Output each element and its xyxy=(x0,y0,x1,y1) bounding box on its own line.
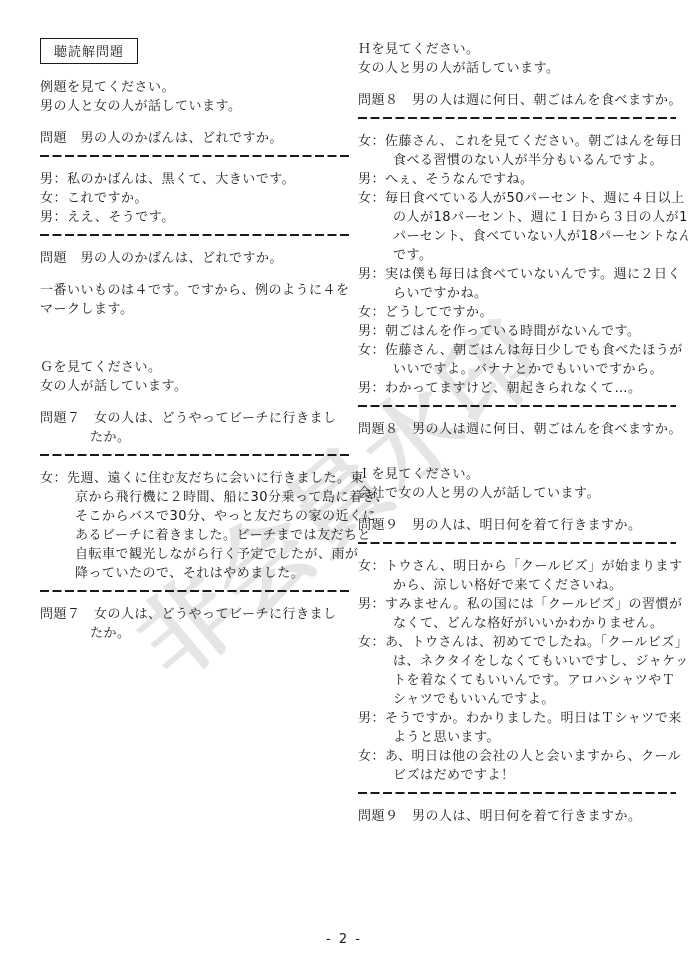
text-line: 降っていたので、それはやめました。 xyxy=(40,564,352,583)
text-line: らいですかね。 xyxy=(358,284,676,303)
question-line: 問題９ 男の人は、明日何を着て行きますか。 xyxy=(358,807,676,826)
blank-line xyxy=(358,503,676,516)
page-number: - 2 - xyxy=(0,932,688,947)
text-line: 会社で女の人と男の人が話しています。 xyxy=(358,484,676,503)
text-line: 食べる習慣のない人が半分もいるんですよ。 xyxy=(358,151,676,170)
text-line: ビズはだめですよ！ xyxy=(358,766,676,785)
document-page: 非会員水印 聴読解問題 例題を見てください。男の人と女の人が話しています。問題 … xyxy=(0,0,688,971)
separator-line xyxy=(358,792,676,807)
left-column: 聴読解問題 例題を見てください。男の人と女の人が話しています。問題 男の人のかば… xyxy=(40,38,352,643)
right-column: Ｈを見てください。女の人と男の人が話しています。問題８ 男の人は週に何日、朝ごは… xyxy=(358,40,676,826)
text-line: です。 xyxy=(358,246,676,265)
blank-line xyxy=(358,78,676,91)
question-line: 問題８ 男の人は週に何日、朝ごはんを食べますか。 xyxy=(358,91,676,110)
dashed-rule xyxy=(40,454,352,456)
dashed-rule xyxy=(358,792,676,794)
blank-line xyxy=(40,116,352,129)
dialogue-line-man: 男：朝ごはんを作っている時間がないんです。 xyxy=(358,322,676,341)
dialogue-line-woman: 女：先週、遠くに住む友だちに会いに行きました。東 xyxy=(40,469,352,488)
dashed-rule xyxy=(40,155,352,157)
question-line: 問題 男の人のかばんは、どれですか。 xyxy=(40,249,352,268)
question-line: 問題７ 女の人は、どうやってビーチに行きまし xyxy=(40,409,352,428)
section-heading-box: 聴読解問題 xyxy=(40,38,138,64)
separator-line xyxy=(358,117,676,132)
question-line: 問題 男の人のかばんは、どれですか。 xyxy=(40,129,352,148)
dialogue-line-man: 男：ええ、そうです。 xyxy=(40,208,352,227)
text-line: 自転車で観光しながら行く予定でしたが、雨が xyxy=(40,545,352,564)
right-column-lines: Ｈを見てください。女の人と男の人が話しています。問題８ 男の人は週に何日、朝ごは… xyxy=(358,40,676,826)
blank-line xyxy=(40,345,352,358)
text-line: トを着なくてもいいんです。アロハシャツやＴ xyxy=(358,671,676,690)
text-line: の人が18パーセント、週に１日から３日の人が14 xyxy=(358,208,676,227)
question-line: 問題７ 女の人は、どうやってビーチに行きまし xyxy=(40,605,352,624)
text-line: 京から飛行機に２時間、船に30分乗って島に着き、 xyxy=(40,488,352,507)
text-line: シャツでもいいんですよ。 xyxy=(358,690,676,709)
text-line: Ｉを見てください。 xyxy=(358,465,676,484)
blank-line xyxy=(40,396,352,409)
text-line: 女の人と男の人が話しています。 xyxy=(358,59,676,78)
text-line: たか。 xyxy=(40,428,352,447)
dialogue-line-man: 男：実は僕も毎日は食べていないんです。週に２日く xyxy=(358,265,676,284)
blank-line xyxy=(358,452,676,465)
text-line: から、涼しい格好で来てくださいね。 xyxy=(358,576,676,595)
separator-line xyxy=(40,590,352,605)
dialogue-line-woman: 女：佐藤さん、朝ごはんは毎日少しでも食べたほうが xyxy=(358,341,676,360)
text-line: Ｈを見てください。 xyxy=(358,40,676,59)
blank-line xyxy=(40,268,352,281)
text-line: は、ネクタイをしなくてもいいですし、ジャケッ xyxy=(358,652,676,671)
dialogue-line-man: 男：わかってますけど、朝起きられなくて…。 xyxy=(358,379,676,398)
dashed-rule xyxy=(40,234,352,236)
text-line: なくて、どんな格好がいいかわかりません。 xyxy=(358,614,676,633)
text-line: そこからバスで30分、やっと友だちの家の近くに xyxy=(40,507,352,526)
dialogue-line-woman: 女：あ、明日は他の会社の人と会いますから、クール xyxy=(358,747,676,766)
dialogue-line-man: 男：へぇ、そうなんですね。 xyxy=(358,170,676,189)
text-line: 女の人が話しています。 xyxy=(40,377,352,396)
separator-line xyxy=(358,542,676,557)
text-line: 男の人と女の人が話しています。 xyxy=(40,97,352,116)
text-line: パーセント、食べていない人が18パーセントなん xyxy=(358,227,676,246)
text-line: Ｇを見てください。 xyxy=(40,358,352,377)
question-line: 問題８ 男の人は週に何日、朝ごはんを食べますか。 xyxy=(358,420,676,439)
dialogue-line-woman: 女：どうしてですか。 xyxy=(358,303,676,322)
dialogue-line-woman: 女：あ、トウさんは、初めてでしたね。「クールビズ」 xyxy=(358,633,676,652)
separator-line xyxy=(40,155,352,170)
left-column-lines: 例題を見てください。男の人と女の人が話しています。問題 男の人のかばんは、どれで… xyxy=(40,78,352,643)
separator-line xyxy=(40,234,352,249)
dialogue-line-man: 男：そうですか。わかりました。明日はＴシャツで来 xyxy=(358,709,676,728)
blank-line xyxy=(40,332,352,345)
text-line: たか。 xyxy=(40,624,352,643)
dialogue-line-man: 男：すみません。私の国には「クールビズ」の習慣が xyxy=(358,595,676,614)
dialogue-line-woman: 女：毎日食べている人が50パーセント、週に４日以上 xyxy=(358,189,676,208)
blank-line xyxy=(40,319,352,332)
dashed-rule xyxy=(40,590,352,592)
dialogue-line-man: 男：私のかばんは、黒くて、大きいです。 xyxy=(40,170,352,189)
question-line: 問題９ 男の人は、明日何を着て行きますか。 xyxy=(358,516,676,535)
text-line: 例題を見てください。 xyxy=(40,78,352,97)
dialogue-line-woman: 女：トウさん、明日から「クールビズ」が始まります xyxy=(358,557,676,576)
text-line: 一番いいものは４です。ですから、例のように４を xyxy=(40,281,352,300)
dashed-rule xyxy=(358,117,676,119)
dashed-rule xyxy=(358,542,676,544)
text-line: あるビーチに着きました。ビーチまでは友だちと xyxy=(40,526,352,545)
text-line: ようと思います。 xyxy=(358,728,676,747)
dialogue-line-woman: 女：これですか。 xyxy=(40,189,352,208)
blank-line xyxy=(358,439,676,452)
dialogue-line-woman: 女：佐藤さん、これを見てください。朝ごはんを毎日 xyxy=(358,132,676,151)
separator-line xyxy=(40,454,352,469)
dashed-rule xyxy=(358,405,676,407)
text-line: いいですよ。バナナとかでもいいですから。 xyxy=(358,360,676,379)
separator-line xyxy=(358,405,676,420)
text-line: マークします。 xyxy=(40,300,352,319)
